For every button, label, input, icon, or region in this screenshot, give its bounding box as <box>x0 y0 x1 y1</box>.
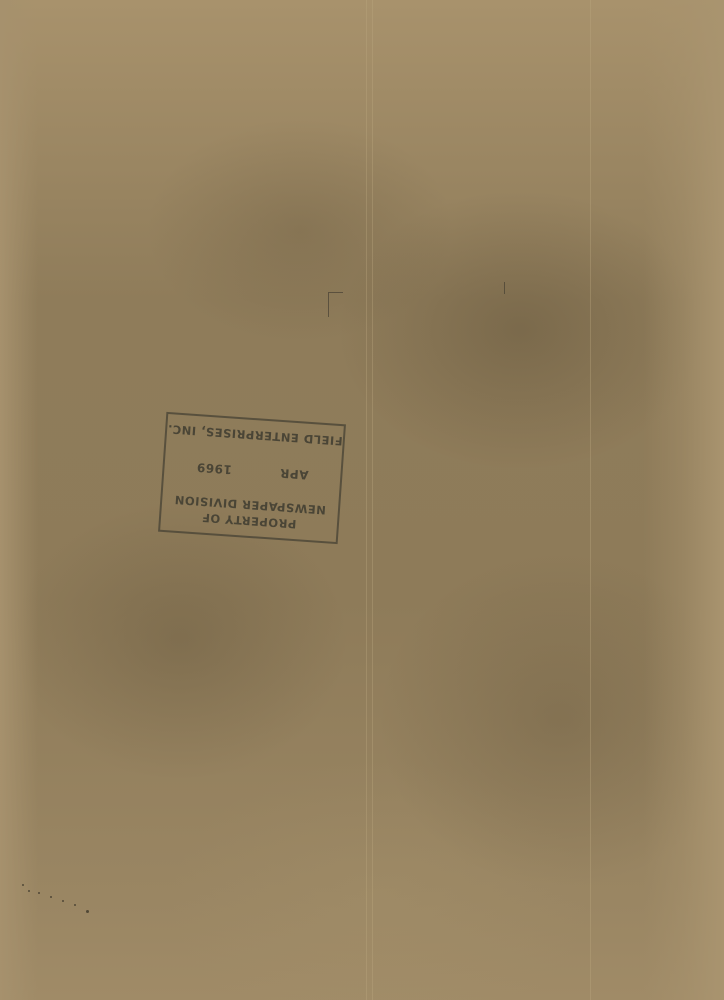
paper-edge-left <box>0 0 38 1000</box>
pencil-mark <box>504 282 505 294</box>
scan-line <box>372 0 373 1000</box>
stamp-month: APR <box>279 466 309 482</box>
photo-back-paper <box>0 0 724 1000</box>
stamp-line-company: FIELD ENTERPRISES, INC. <box>167 422 344 448</box>
scan-line <box>590 0 591 1000</box>
scan-line <box>366 0 367 1000</box>
ink-specks <box>14 880 94 920</box>
paper-edge-right <box>644 0 724 1000</box>
crop-mark <box>328 292 343 317</box>
stamp-year: 1969 <box>196 460 232 476</box>
stamp-date: APR 1969 <box>164 458 341 484</box>
ownership-stamp: PROPERTY OF NEWSPAPER DIVISION APR 1969 … <box>158 412 346 544</box>
